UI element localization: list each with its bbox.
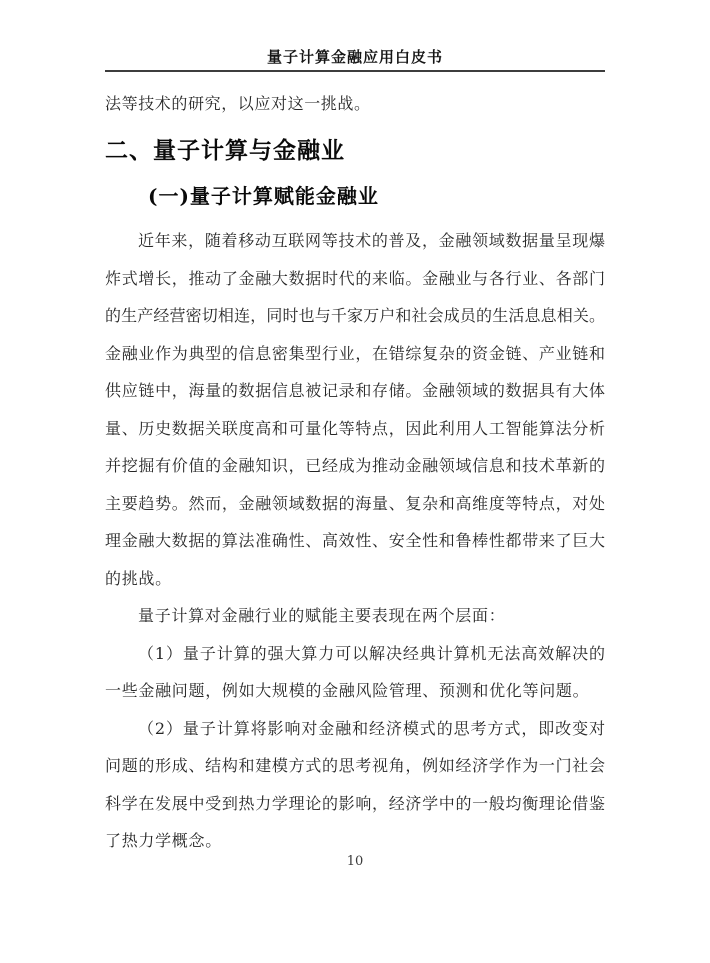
text-line: 一些金融问题，例如大规模的金融风险管理、预测和优化等问题。 bbox=[105, 672, 605, 710]
text-line: 科学在发展中受到热力学理论的影响，经济学中的一般均衡理论借鉴 bbox=[105, 785, 605, 823]
section-heading: 二、量子计算与金融业 bbox=[105, 136, 605, 165]
subsection-heading: (一)量子计算赋能金融业 bbox=[148, 182, 605, 210]
paragraph-continuation-line: 法等技术的研究，以应对这一挑战。 bbox=[105, 86, 605, 121]
header-divider bbox=[105, 70, 605, 72]
text-line: 供应链中，海量的数据信息被记录和存储。金融领域的数据具有大体 bbox=[105, 372, 605, 410]
header-title: 量子计算金融应用白皮书 bbox=[105, 48, 605, 68]
text-line: 近年来，随着移动互联网等技术的普及，金融领域数据量呈现爆 bbox=[105, 222, 605, 260]
text-line: 的挑战。 bbox=[105, 560, 605, 598]
document-page: 量子计算金融应用白皮书 法等技术的研究，以应对这一挑战。 二、量子计算与金融业 … bbox=[0, 0, 710, 963]
text-line: 问题的形成、结构和建模方式的思考视角，例如经济学作为一门社会 bbox=[105, 747, 605, 785]
text-line: 量子计算对金融行业的赋能主要表现在两个层面： bbox=[105, 597, 605, 635]
text-line: 量、历史数据关联度高和可量化等特点，因此利用人工智能算法分析 bbox=[105, 410, 605, 448]
text-line: （2）量子计算将影响对金融和经济模式的思考方式，即改变对 bbox=[105, 710, 605, 748]
text-line: 理金融大数据的算法准确性、高效性、安全性和鲁棒性都带来了巨大 bbox=[105, 522, 605, 560]
text-line: 炸式增长，推动了金融大数据时代的来临。金融业与各行业、各部门 bbox=[105, 260, 605, 298]
text-line: 主要趋势。然而，金融领域数据的海量、复杂和高维度等特点，对处 bbox=[105, 485, 605, 523]
text-line: （1）量子计算的强大算力可以解决经典计算机无法高效解决的 bbox=[105, 635, 605, 673]
text-line: 的生产经营密切相连，同时也与千家万户和社会成员的生活息息相关。 bbox=[105, 297, 605, 335]
page-number: 10 bbox=[105, 853, 605, 870]
text-line: 金融业作为典型的信息密集型行业，在错综复杂的资金链、产业链和 bbox=[105, 335, 605, 373]
text-line: 并挖掘有价值的金融知识，已经成为推动金融领域信息和技术革新的 bbox=[105, 447, 605, 485]
body-text: 近年来，随着移动互联网等技术的普及，金融领域数据量呈现爆 炸式增长，推动了金融大… bbox=[105, 222, 605, 860]
